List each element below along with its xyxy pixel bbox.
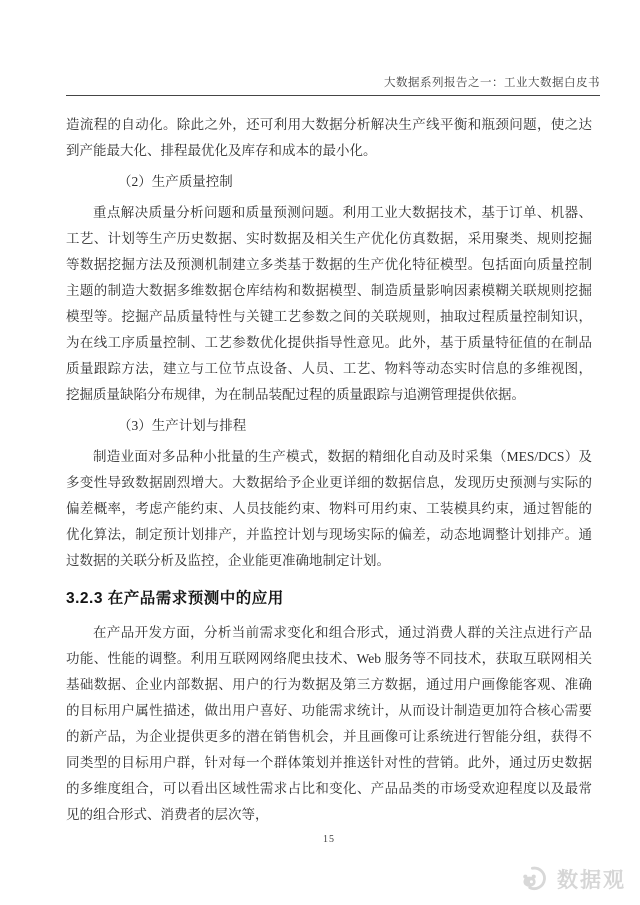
paragraph-continuation: 造流程的自动化。除此之外，还可利用大数据分析解决生产线平衡和瓶颈问题，使之达到产… [66,112,592,164]
watermark: 数据观 [521,864,626,894]
section-heading-demand-forecast: 3.2.3 在产品需求预测中的应用 [66,586,592,612]
page-content: 造流程的自动化。除此之外，还可利用大数据分析解决生产线平衡和瓶颈问题，使之达到产… [66,112,592,828]
subheading-production-quality-control: （2）生产质量控制 [66,169,592,195]
header-title: 大数据系列报告之一：工业大数据白皮书 [384,77,600,89]
paragraph-quality-control: 重点解决质量分析问题和质量预测问题。利用工业大数据技术，基于订单、机器、工艺、计… [66,200,592,408]
page-header: 大数据系列报告之一：工业大数据白皮书 [66,74,600,96]
page-number: 15 [66,834,592,845]
shujuguan-logo-icon [521,865,553,893]
paragraph-planning-scheduling: 制造业面对多品种小批量的生产模式，数据的精细化自动及时采集（MES/DCS）及多… [66,444,592,574]
watermark-label: 数据观 [557,864,626,894]
paragraph-demand-forecast: 在产品开发方面，分析当前需求变化和组合形式，通过消费人群的关注点进行产品功能、性… [66,620,592,828]
subheading-production-planning-scheduling: （3）生产计划与排程 [66,413,592,439]
document-page: 大数据系列报告之一：工业大数据白皮书 造流程的自动化。除此之外，还可利用大数据分… [0,0,640,905]
